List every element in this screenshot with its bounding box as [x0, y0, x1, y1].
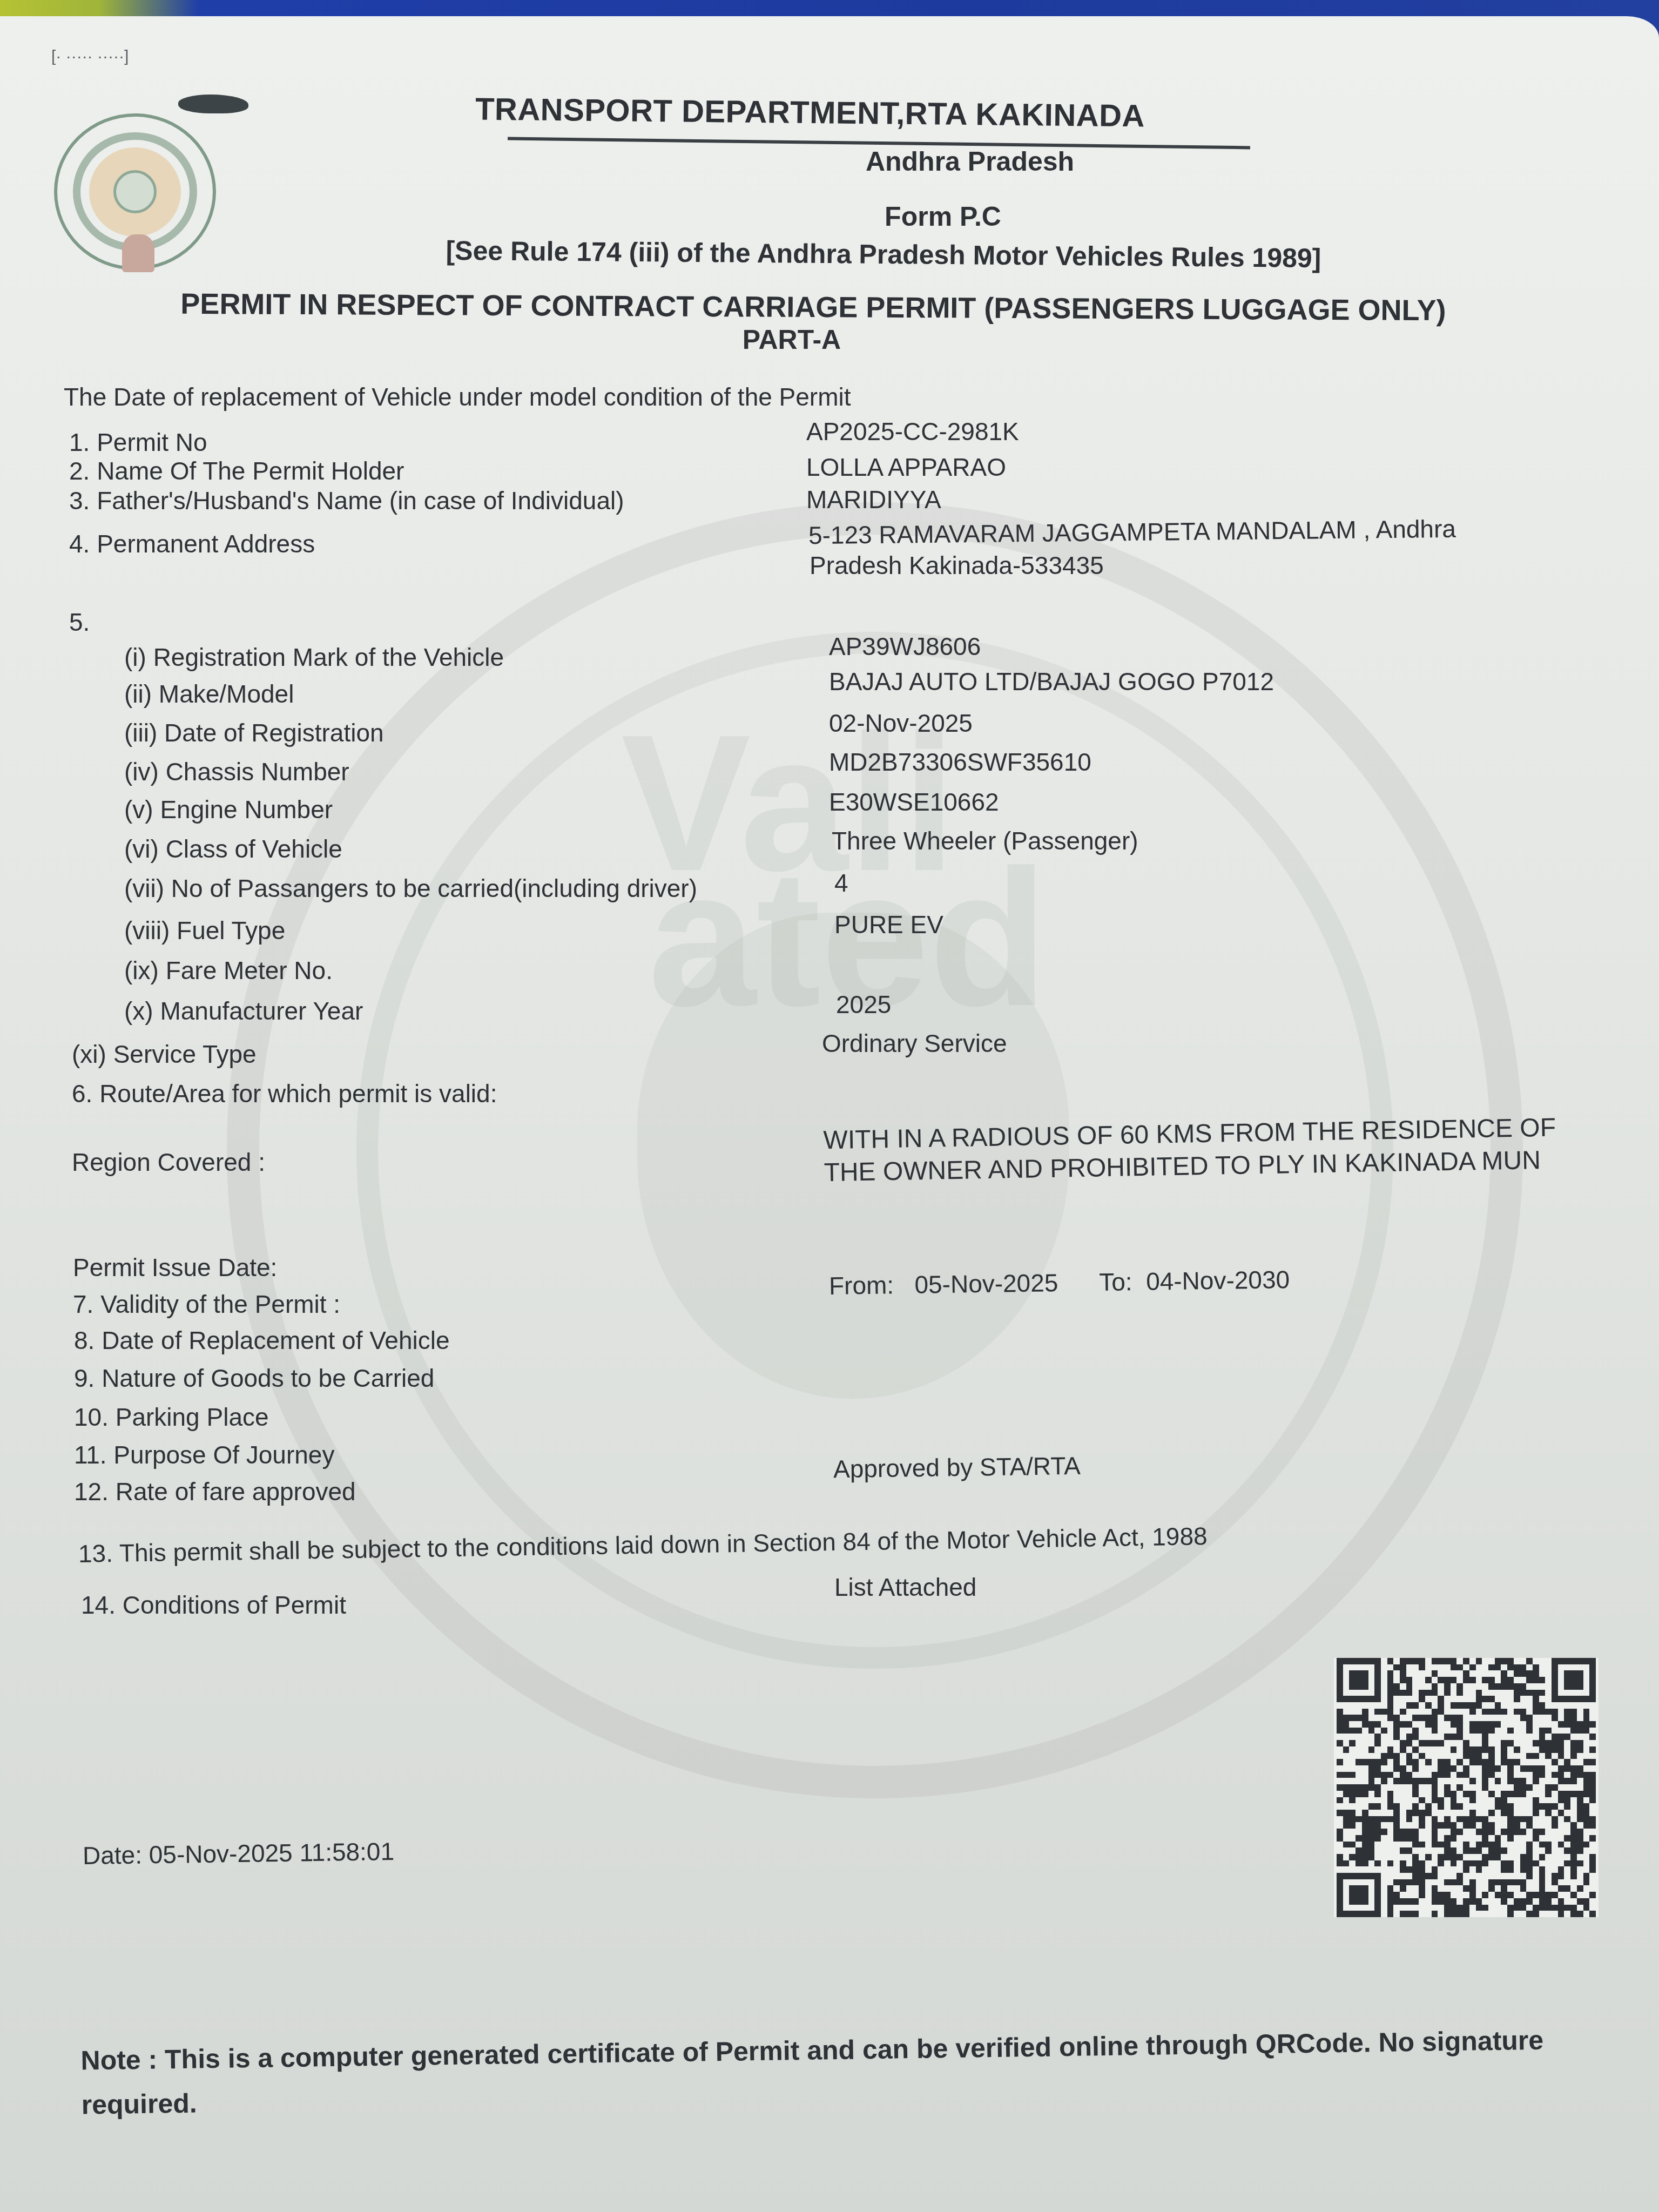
vehicle-field-value: 2025 [836, 990, 891, 1019]
address-value-line2: Pradesh Kakinada-533435 [810, 551, 1104, 580]
address-value-line1: 5-123 RAMAVARAM JAGGAMPETA MANDALAM , An… [808, 514, 1456, 550]
validity-range: From: 05-Nov-2025 To: 04-Nov-2030 [829, 1265, 1290, 1300]
part-label: PART-A [0, 324, 1621, 355]
vehicle-field-value: E30WSE10662 [829, 787, 999, 817]
vehicle-field-label: (i) Registration Mark of the Vehicle [124, 643, 504, 672]
vehicle-field-value: 4 [834, 868, 848, 898]
validity-from-value: 05-Nov-2025 [914, 1269, 1058, 1299]
vehicle-field-label: (x) Manufacturer Year [124, 996, 363, 1026]
permit-issue-date-label: Permit Issue Date: [73, 1253, 277, 1282]
torn-header-fragment: [· ····· ·····] [51, 48, 129, 66]
father-name-value: MARIDIYYA [806, 485, 941, 514]
validity-from-label: From: [829, 1271, 894, 1300]
vehicle-field-label: (viii) Fuel Type [124, 916, 285, 945]
vehicle-field-value: PURE EV [834, 910, 943, 939]
permit-field-label: 8. Date of Replacement of Vehicle [74, 1326, 450, 1355]
computer-generated-note: Note : This is a computer generated cert… [80, 2017, 1594, 2127]
region-covered-value: WITH IN A RADIOUS OF 60 KMS FROM THE RES… [823, 1111, 1580, 1189]
verification-qr-code-icon[interactable] [1334, 1658, 1599, 1917]
vehicle-field-value: MD2B73306SWF35610 [829, 747, 1091, 777]
section-5-label: 5. [69, 608, 90, 637]
generated-date: Date: 05-Nov-2025 11:58:01 [83, 1837, 395, 1870]
vehicle-field-value: Three Wheeler (Passenger) [832, 826, 1138, 855]
validity-to-value: 04-Nov-2030 [1146, 1265, 1290, 1296]
section-13-text: 13. This permit shall be subject to the … [78, 1521, 1208, 1568]
vehicle-field-label: (iv) Chassis Number [124, 757, 349, 786]
vehicle-field-label: (iii) Date of Registration [124, 718, 384, 747]
state-name: Andhra Pradesh [140, 146, 1659, 177]
vehicle-field-label: (vii) No of Passangers to be carried(inc… [124, 874, 697, 903]
rule-reference: [See Rule 174 (iii) of the Andhra Prades… [54, 232, 1659, 278]
holder-name-value: LOLLA APPARAO [806, 453, 1006, 482]
conditions-label: 14. Conditions of Permit [81, 1590, 346, 1620]
route-label: 6. Route/Area for which permit is valid: [72, 1079, 497, 1108]
vehicle-field-value: 02-Nov-2025 [829, 709, 973, 738]
vehicle-field-label: (ii) Make/Model [124, 679, 294, 709]
form-name: Form P.C [113, 201, 1659, 232]
vehicle-field-label: (vi) Class of Vehicle [124, 834, 342, 864]
holder-name-label: 2. Name Of The Permit Holder [69, 456, 404, 485]
permit-field-label: 10. Parking Place [74, 1402, 269, 1432]
permit-no-label: 1. Permit No [69, 428, 207, 457]
validity-label: 7. Validity of the Permit : [73, 1290, 340, 1319]
department-title: TRANSPORT DEPARTMENT,RTA KAKINADA [162, 87, 1459, 137]
permit-field-label: 12. Rate of fare approved [74, 1477, 356, 1506]
permit-field-value: Approved by STA/RTA [833, 1451, 1081, 1483]
permit-field-label: 9. Nature of Goods to be Carried [74, 1364, 434, 1393]
permit-document: Vali ated [· ····· ·····] TRANSPORT DEPA… [0, 16, 1659, 2212]
permit-field-label: 11. Purpose Of Journey [74, 1440, 334, 1469]
address-label: 4. Permanent Address [69, 529, 315, 558]
vehicle-field-label: (ix) Fare Meter No. [124, 956, 333, 985]
intro-line: The Date of replacement of Vehicle under… [64, 382, 851, 412]
vehicle-field-value: Ordinary Service [822, 1029, 1007, 1058]
permit-title: PERMIT IN RESPECT OF CONTRACT CARRIAGE P… [0, 286, 1643, 328]
validity-to-label: To: [1099, 1267, 1132, 1296]
vehicle-field-label: (v) Engine Number [124, 795, 333, 824]
conditions-value: List Attached [834, 1573, 976, 1602]
region-covered-label: Region Covered : [72, 1148, 265, 1177]
vehicle-field-value: BAJAJ AUTO LTD/BAJAJ GOGO P7012 [829, 667, 1274, 696]
vehicle-field-value: AP39WJ8606 [829, 632, 981, 661]
permit-no-value: AP2025-CC-2981K [806, 417, 1019, 446]
vehicle-field-label: (xi) Service Type [72, 1040, 257, 1069]
father-name-label: 3. Father's/Husband's Name (in case of I… [69, 486, 624, 515]
